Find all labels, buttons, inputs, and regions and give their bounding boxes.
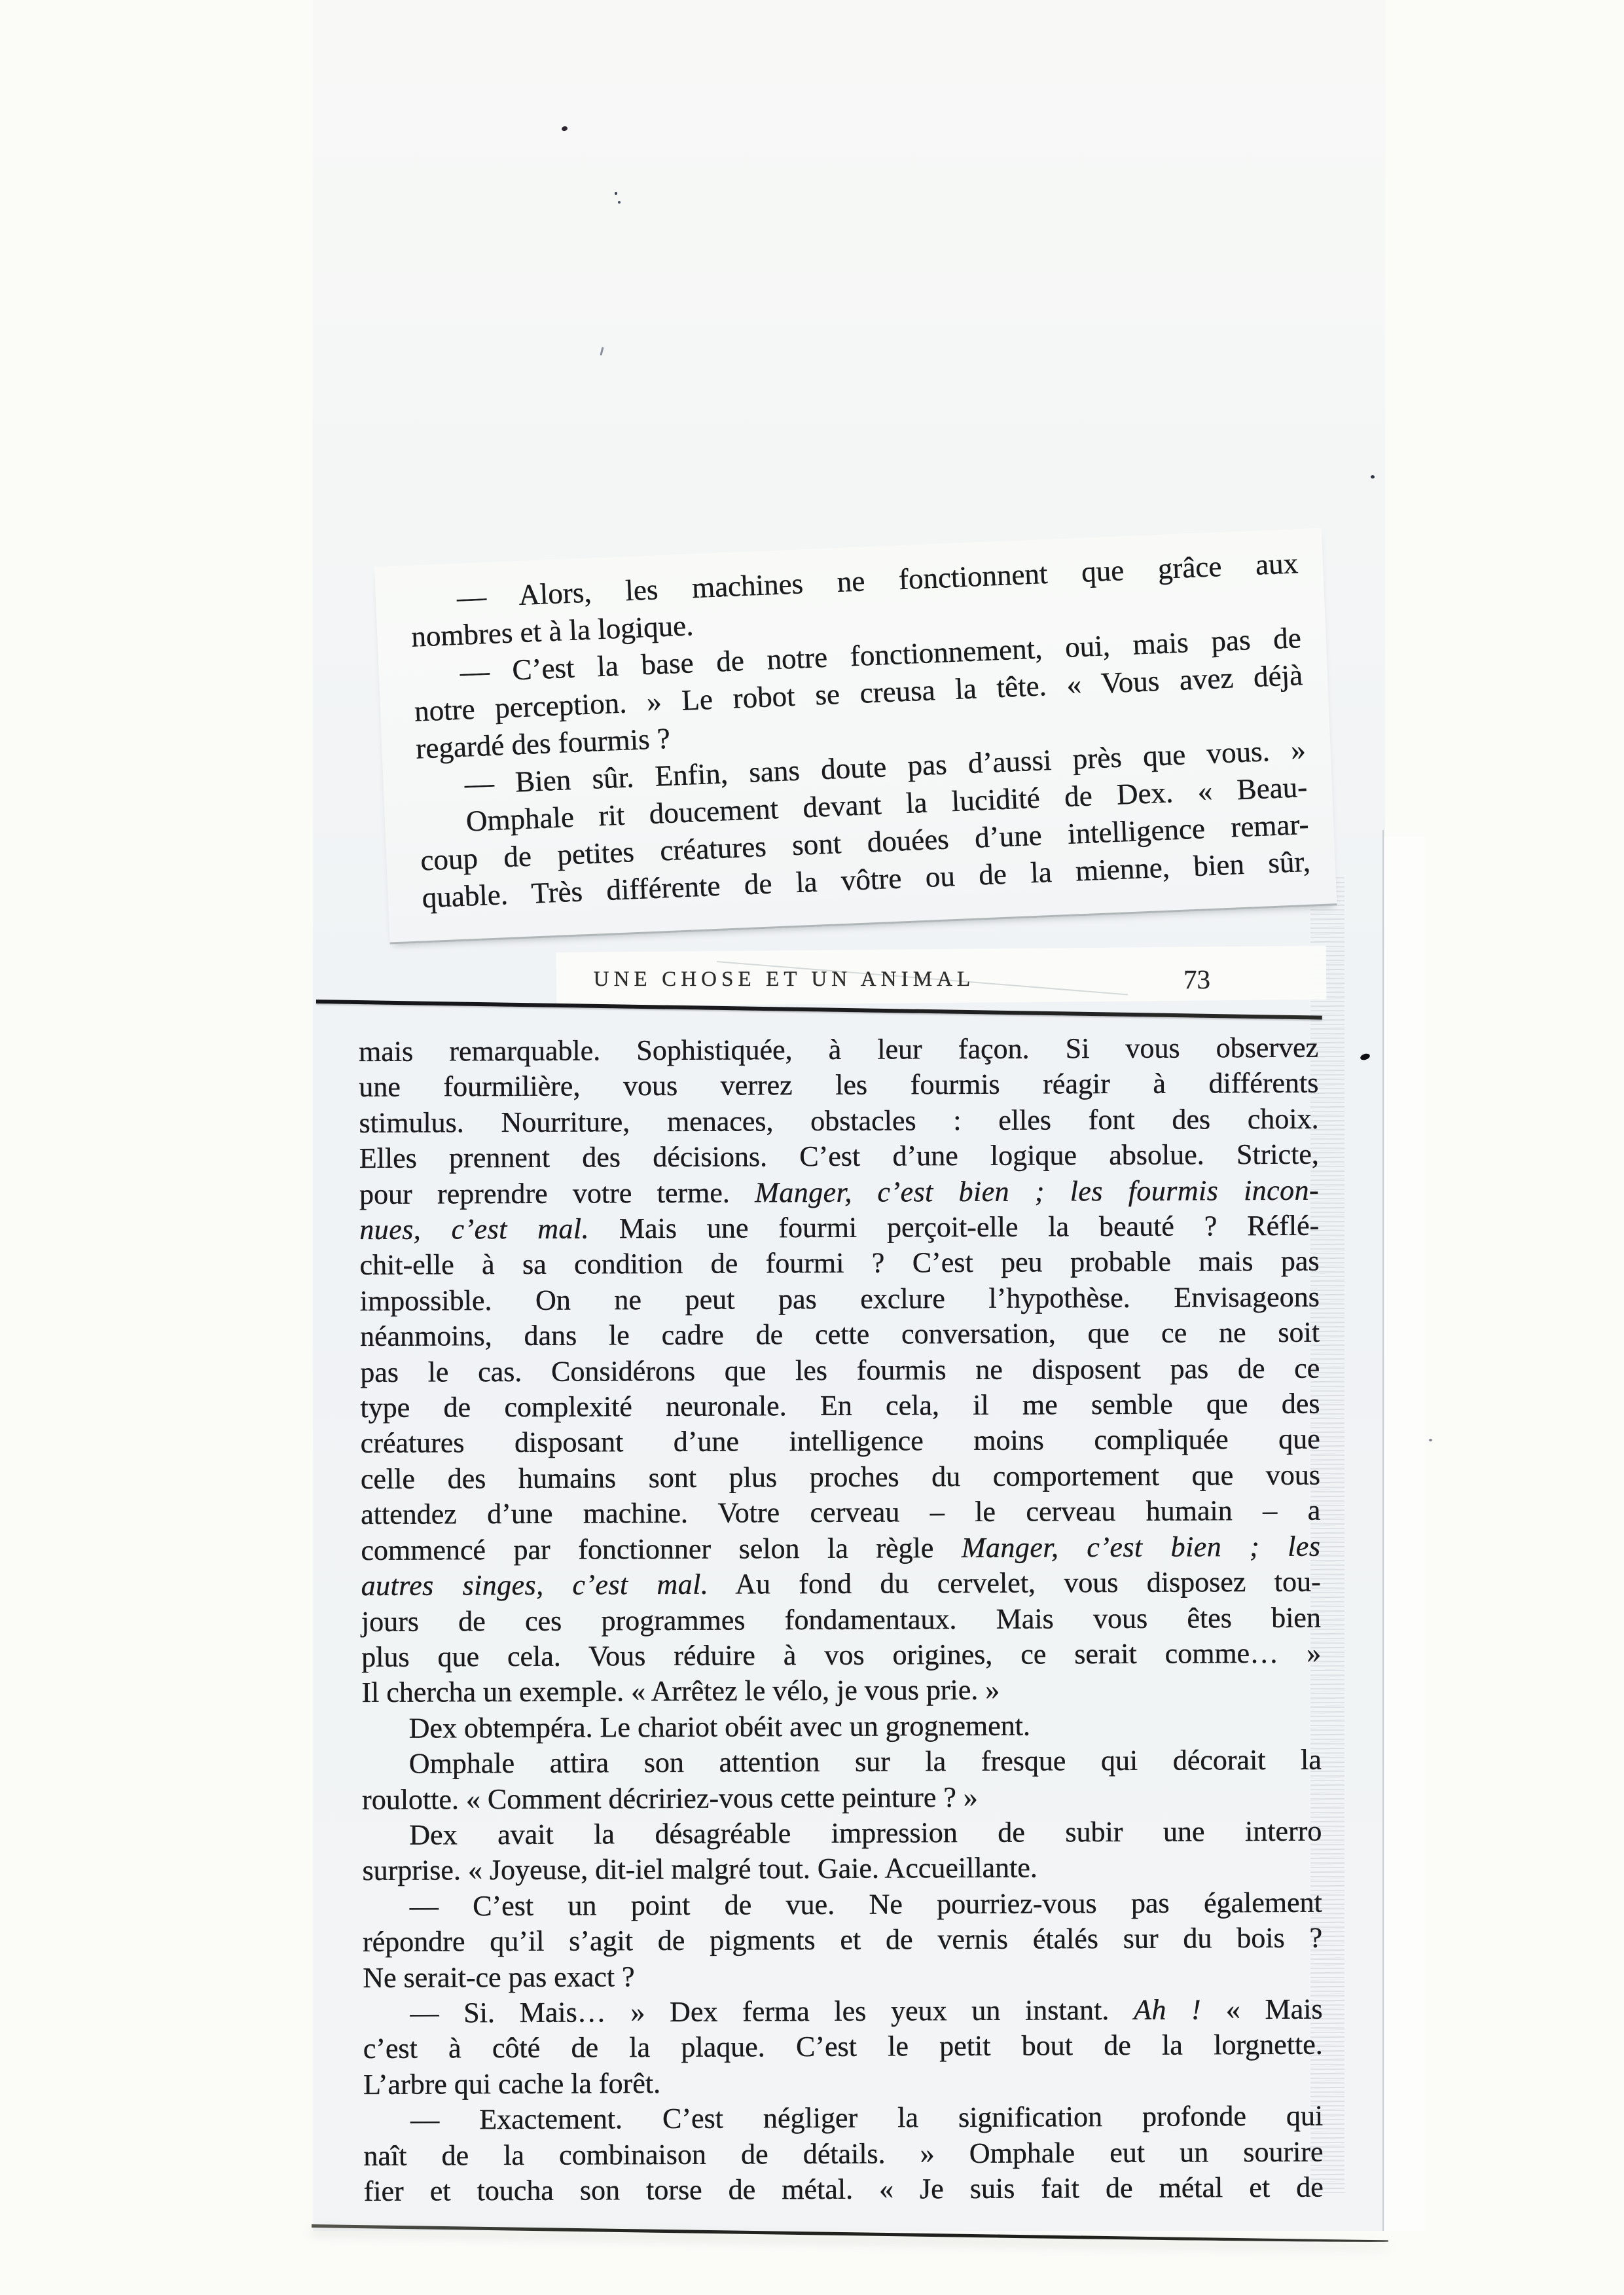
- text-line: surprise. « Joyeuse, dit-iel malgré tout…: [362, 1849, 1322, 1889]
- text-line: Il chercha un exemple. « Arrêtez le vélo…: [361, 1671, 1321, 1711]
- text-line: plus que cela. Vous réduire à vos origin…: [361, 1636, 1321, 1676]
- text-line: chit-elle à sa condition de fourmi ? C’e…: [359, 1244, 1319, 1284]
- text-line: une fourmilière, vous verrez les fourmis…: [359, 1066, 1318, 1106]
- text-line: jours de ces programmes fondamentaux. Ma…: [361, 1600, 1321, 1640]
- page-number: 73: [1183, 964, 1210, 995]
- text-line: — Si. Mais… » Dex ferma les yeux un inst…: [363, 1992, 1322, 2032]
- text-line: mais remarquable. Sophistiquée, à leur f…: [359, 1030, 1318, 1070]
- body-text: mais remarquable. Sophistiquée, à leur f…: [359, 1030, 1324, 2210]
- text-line: type de complexité neuronale. En cela, i…: [360, 1386, 1320, 1426]
- page-right-edge: [1382, 830, 1384, 2231]
- clipping-text: — Alors, les machines ne fonctionnent qu…: [409, 545, 1311, 916]
- scan-right-band: [1384, 837, 1425, 2231]
- scan-speck: [1371, 475, 1375, 479]
- text-line: L’arbre qui cache la forêt.: [363, 2063, 1323, 2103]
- scan-speck: [615, 192, 617, 195]
- paper-clipping-overlay: — Alors, les machines ne fonctionnent qu…: [374, 528, 1337, 945]
- text-line: autres singes, c’est mal. Au fond du cer…: [361, 1564, 1321, 1604]
- text-line: impossible. On ne peut pas exclure l’hyp…: [360, 1279, 1320, 1319]
- text-line: attendez d’une machine. Votre cerveau – …: [361, 1493, 1320, 1533]
- text-line: créatures disposant d’une intelligence m…: [361, 1422, 1320, 1462]
- text-line: néanmoins, dans le cadre de cette conver…: [360, 1315, 1320, 1355]
- text-line: Dex obtempéra. Le chariot obéit avec un …: [362, 1707, 1322, 1746]
- text-line: roulotte. « Comment décririez-vous cette…: [362, 1778, 1322, 1818]
- scan-speck: [1429, 1439, 1432, 1441]
- scanned-book-page: — Alors, les machines ne fonctionnent qu…: [0, 0, 1624, 2295]
- text-line: fier et toucha son torse de métal. « Je …: [364, 2170, 1324, 2210]
- text-line: celle des humains sont plus proches du c…: [361, 1457, 1320, 1497]
- text-line: stimulus. Nourriture, menaces, obstacles…: [359, 1101, 1318, 1141]
- text-line: pour reprendre votre terme. Manger, c’es…: [359, 1172, 1319, 1212]
- text-line: Omphale attira son attention sur la fres…: [362, 1743, 1322, 1782]
- text-line: — Exactement. C’est négliger la signific…: [363, 2099, 1323, 2139]
- text-line: c’est à côté de la plaque. C’est le peti…: [363, 2027, 1323, 2067]
- text-line: naît de la combinaison de détails. » Omp…: [363, 2134, 1323, 2174]
- text-line: — C’est un point de vue. Ne pourriez-vou…: [363, 1885, 1322, 1925]
- scan-speck: [618, 201, 621, 204]
- text-line: commencé par fonctionner selon la règle …: [361, 1528, 1320, 1568]
- text-line: Elles prennent des décisions. C’est d’un…: [359, 1137, 1319, 1177]
- text-line: répondre qu’il s’agit de pigments et de …: [363, 1921, 1322, 1961]
- text-line: Ne serait-ce pas exact ?: [363, 1956, 1322, 1996]
- running-header-title: UNE CHOSE ET UN ANIMAL: [555, 967, 1013, 992]
- text-line: Dex avait la désagréable impression de s…: [362, 1814, 1322, 1854]
- text-line: pas le cas. Considérons que les fourmis …: [360, 1350, 1320, 1390]
- text-line: nues, c’est mal. Mais une fourmi perçoit…: [359, 1208, 1319, 1248]
